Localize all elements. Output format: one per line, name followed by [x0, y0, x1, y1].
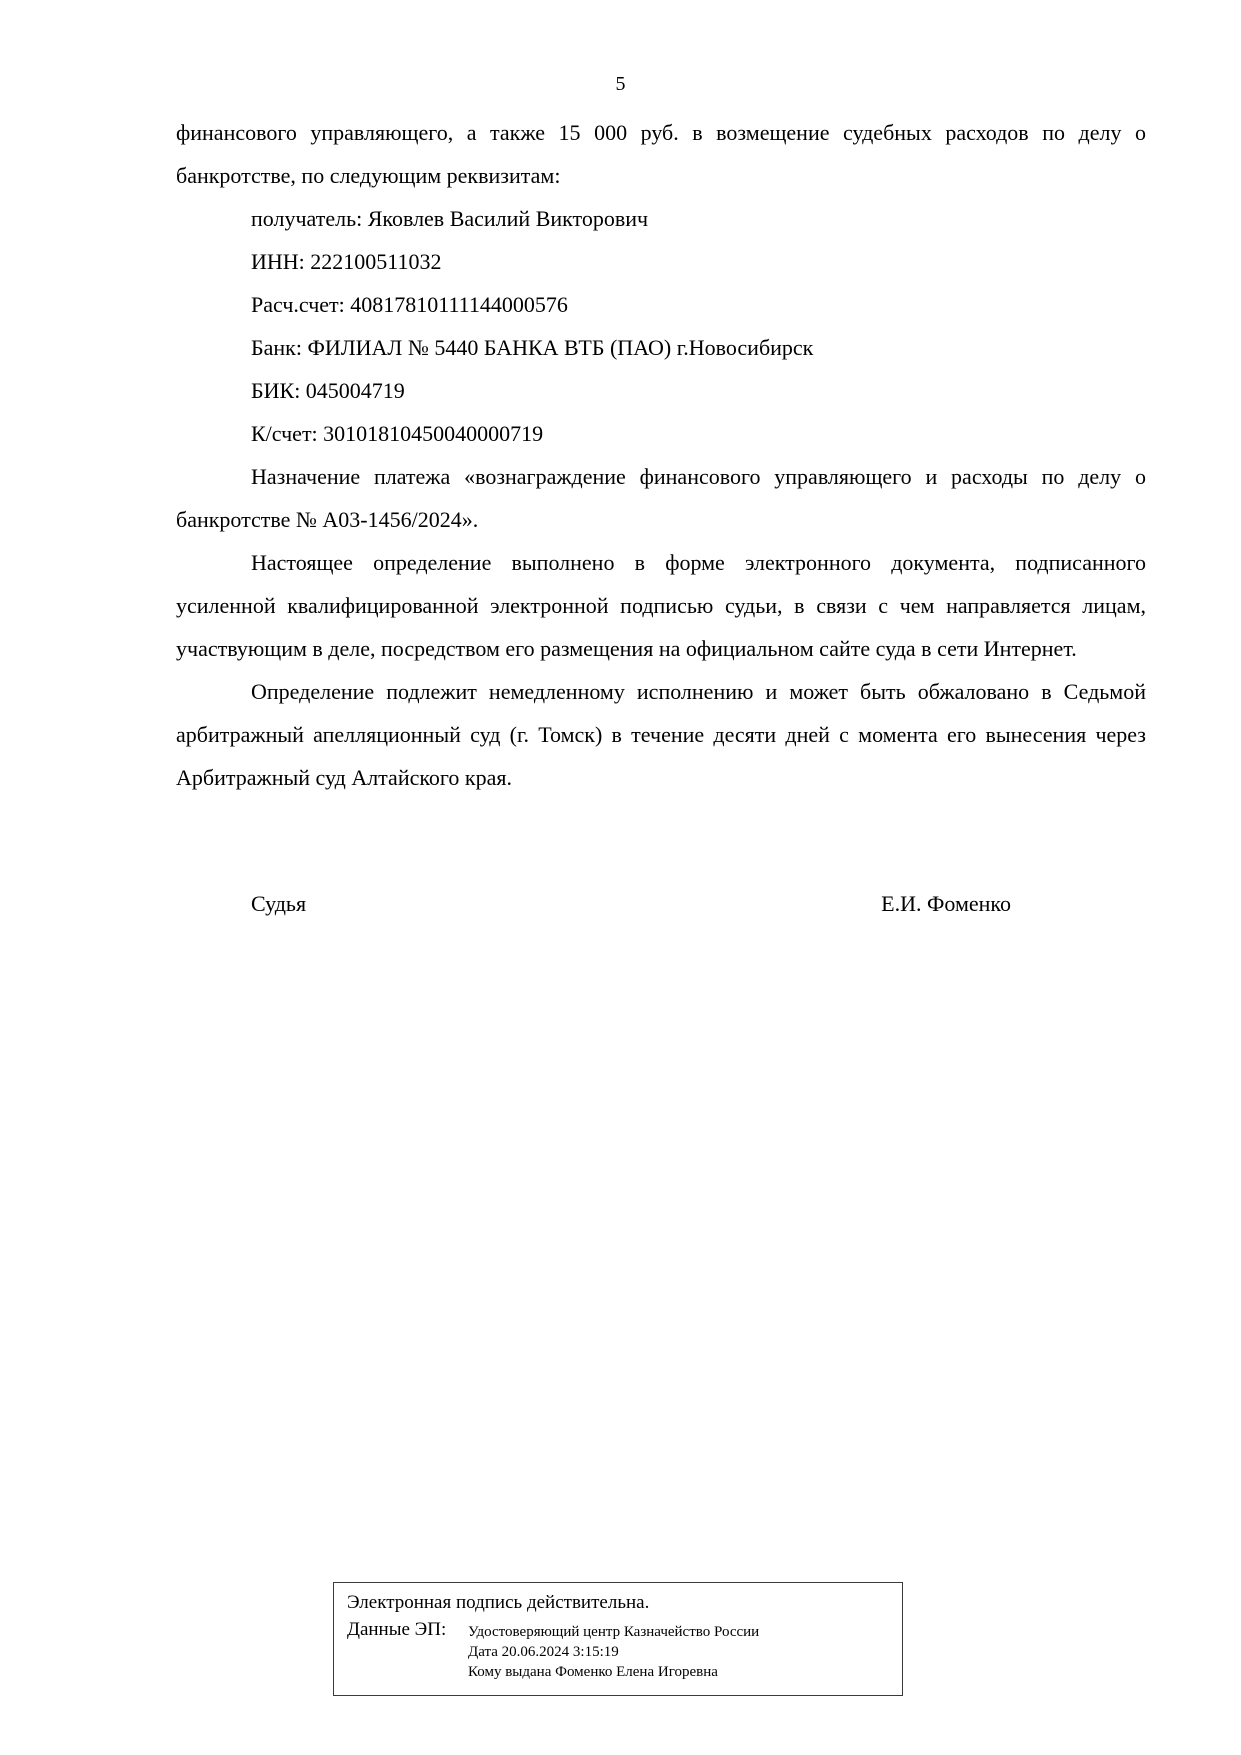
ep-stamp-details: Удостоверяющий центр Казначейство России… — [468, 1622, 759, 1682]
ep-stamp-title: Электронная подпись действительна. — [347, 1591, 649, 1615]
requisite-bank: Банк: ФИЛИАЛ № 5440 БАНКА ВТБ (ПАО) г.Но… — [176, 326, 1146, 369]
electronic-signature-stamp: Электронная подпись действительна. Данны… — [333, 1582, 903, 1696]
ep-stamp-label: Данные ЭП: — [347, 1618, 446, 1642]
ep-stamp-issued-to: Кому выдана Фоменко Елена Игоревна — [468, 1662, 759, 1682]
requisite-recipient: получатель: Яковлев Василий Викторович — [176, 197, 1146, 240]
ep-stamp-issuer: Удостоверяющий центр Казначейство России — [468, 1622, 759, 1642]
signature-role: Судья — [251, 889, 306, 919]
page-number: 5 — [0, 72, 1241, 96]
paragraph-continuation: финансового управляющего, а также 15 000… — [176, 111, 1146, 197]
paragraph-electronic-form: Настоящее определение выполнено в форме … — [176, 541, 1146, 670]
requisite-account: Расч.счет: 40817810111144000576 — [176, 283, 1146, 326]
requisite-bik: БИК: 045004719 — [176, 369, 1146, 412]
paragraph-payment-purpose: Назначение платежа «вознаграждение финан… — [176, 455, 1146, 541]
requisite-inn: ИНН: 222100511032 — [176, 240, 1146, 283]
requisite-corr-account: К/счет: 30101810450040000719 — [176, 412, 1146, 455]
paragraph-appeal: Определение подлежит немедленному исполн… — [176, 670, 1146, 799]
document-body: финансового управляющего, а также 15 000… — [176, 111, 1146, 799]
signature-block: Судья Е.И. Фоменко — [251, 889, 1011, 919]
signature-name: Е.И. Фоменко — [881, 889, 1011, 919]
ep-stamp-date: Дата 20.06.2024 3:15:19 — [468, 1642, 759, 1662]
